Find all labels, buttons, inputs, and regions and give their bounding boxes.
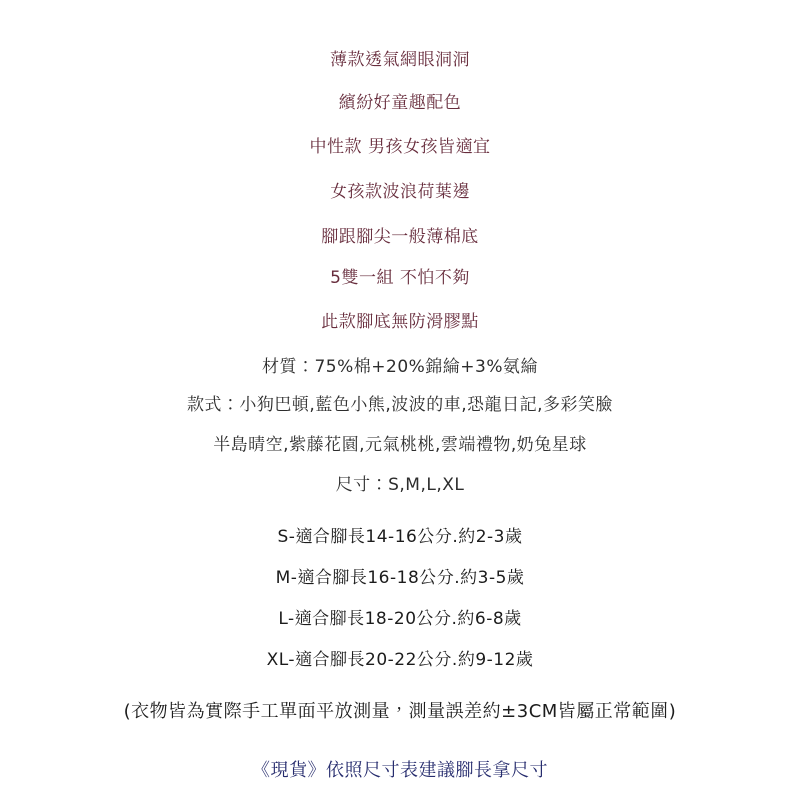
measurement-note-line: (衣物皆為實際手工單面平放測量，測量誤差約±3CM皆屬正常範圍)	[0, 702, 800, 722]
feature-line-3: 中性款 男孩女孩皆適宜	[0, 137, 800, 157]
feature-line-7: 此款腳底無防滑膠點	[0, 312, 800, 332]
material-line: 材質：75%棉+20%錦綸+3%氨綸	[0, 357, 800, 377]
size-chart-row-s: S-適合腳長14-16公分.約2-3歲	[0, 527, 800, 547]
size-chart-row-m: M-適合腳長16-18公分.約3-5歲	[0, 568, 800, 588]
sizes-label-line: 尺寸：S,M,L,XL	[0, 475, 800, 495]
styles-line-2: 半島晴空,紫藤花園,元氣桃桃,雲端禮物,奶兔星球	[0, 435, 800, 455]
styles-line-1: 款式：小狗巴頓,藍色小熊,波波的車,恐龍日記,多彩笑臉	[0, 395, 800, 415]
size-chart-row-xl: XL-適合腳長20-22公分.約9-12歲	[0, 650, 800, 670]
feature-line-2: 繽紛好童趣配色	[0, 93, 800, 113]
feature-line-6: 5雙一組 不怕不夠	[0, 268, 800, 288]
feature-line-1: 薄款透氣網眼洞洞	[0, 50, 800, 70]
feature-line-5: 腳跟腳尖一般薄棉底	[0, 227, 800, 247]
stock-note-line: 《現貨》依照尺寸表建議腳長拿尺寸	[0, 761, 800, 781]
size-chart-row-l: L-適合腳長18-20公分.約6-8歲	[0, 609, 800, 629]
feature-line-4: 女孩款波浪荷葉邊	[0, 182, 800, 202]
